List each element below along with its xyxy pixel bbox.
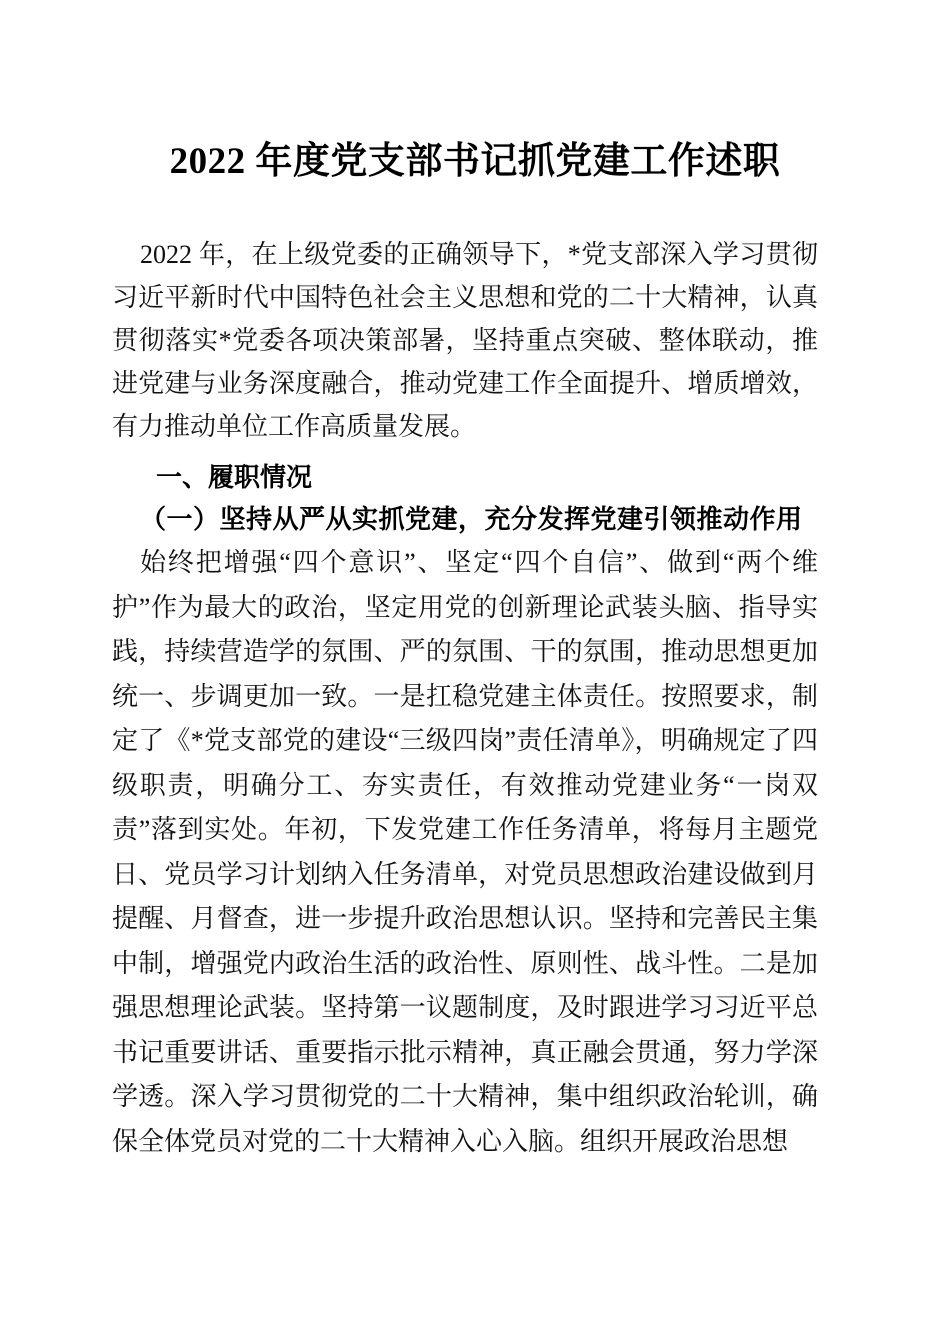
intro-paragraph: 2022 年，在上级党委的正确领导下，*党支部深入学习贯彻习近平新时代中国特色社…: [112, 233, 818, 448]
section-1-heading: 一、履职情况: [156, 455, 818, 499]
section-1-1-heading: （一）坚持从严从实抓党建，充分发挥党建引领推动作用: [112, 499, 818, 541]
section-1-1-paragraph: 始终把增强“四个意识”、坚定“四个自信”、做到“两个维护”作为最大的政治，坚定用…: [112, 541, 818, 1164]
document-page: 2022 年度党支部书记抓党建工作述职 2022 年，在上级党委的正确领导下，*…: [0, 0, 950, 1344]
document-body: 2022 年，在上级党委的正确领导下，*党支部深入学习贯彻习近平新时代中国特色社…: [112, 233, 818, 1164]
document-title: 2022 年度党支部书记抓党建工作述职: [0, 0, 950, 186]
